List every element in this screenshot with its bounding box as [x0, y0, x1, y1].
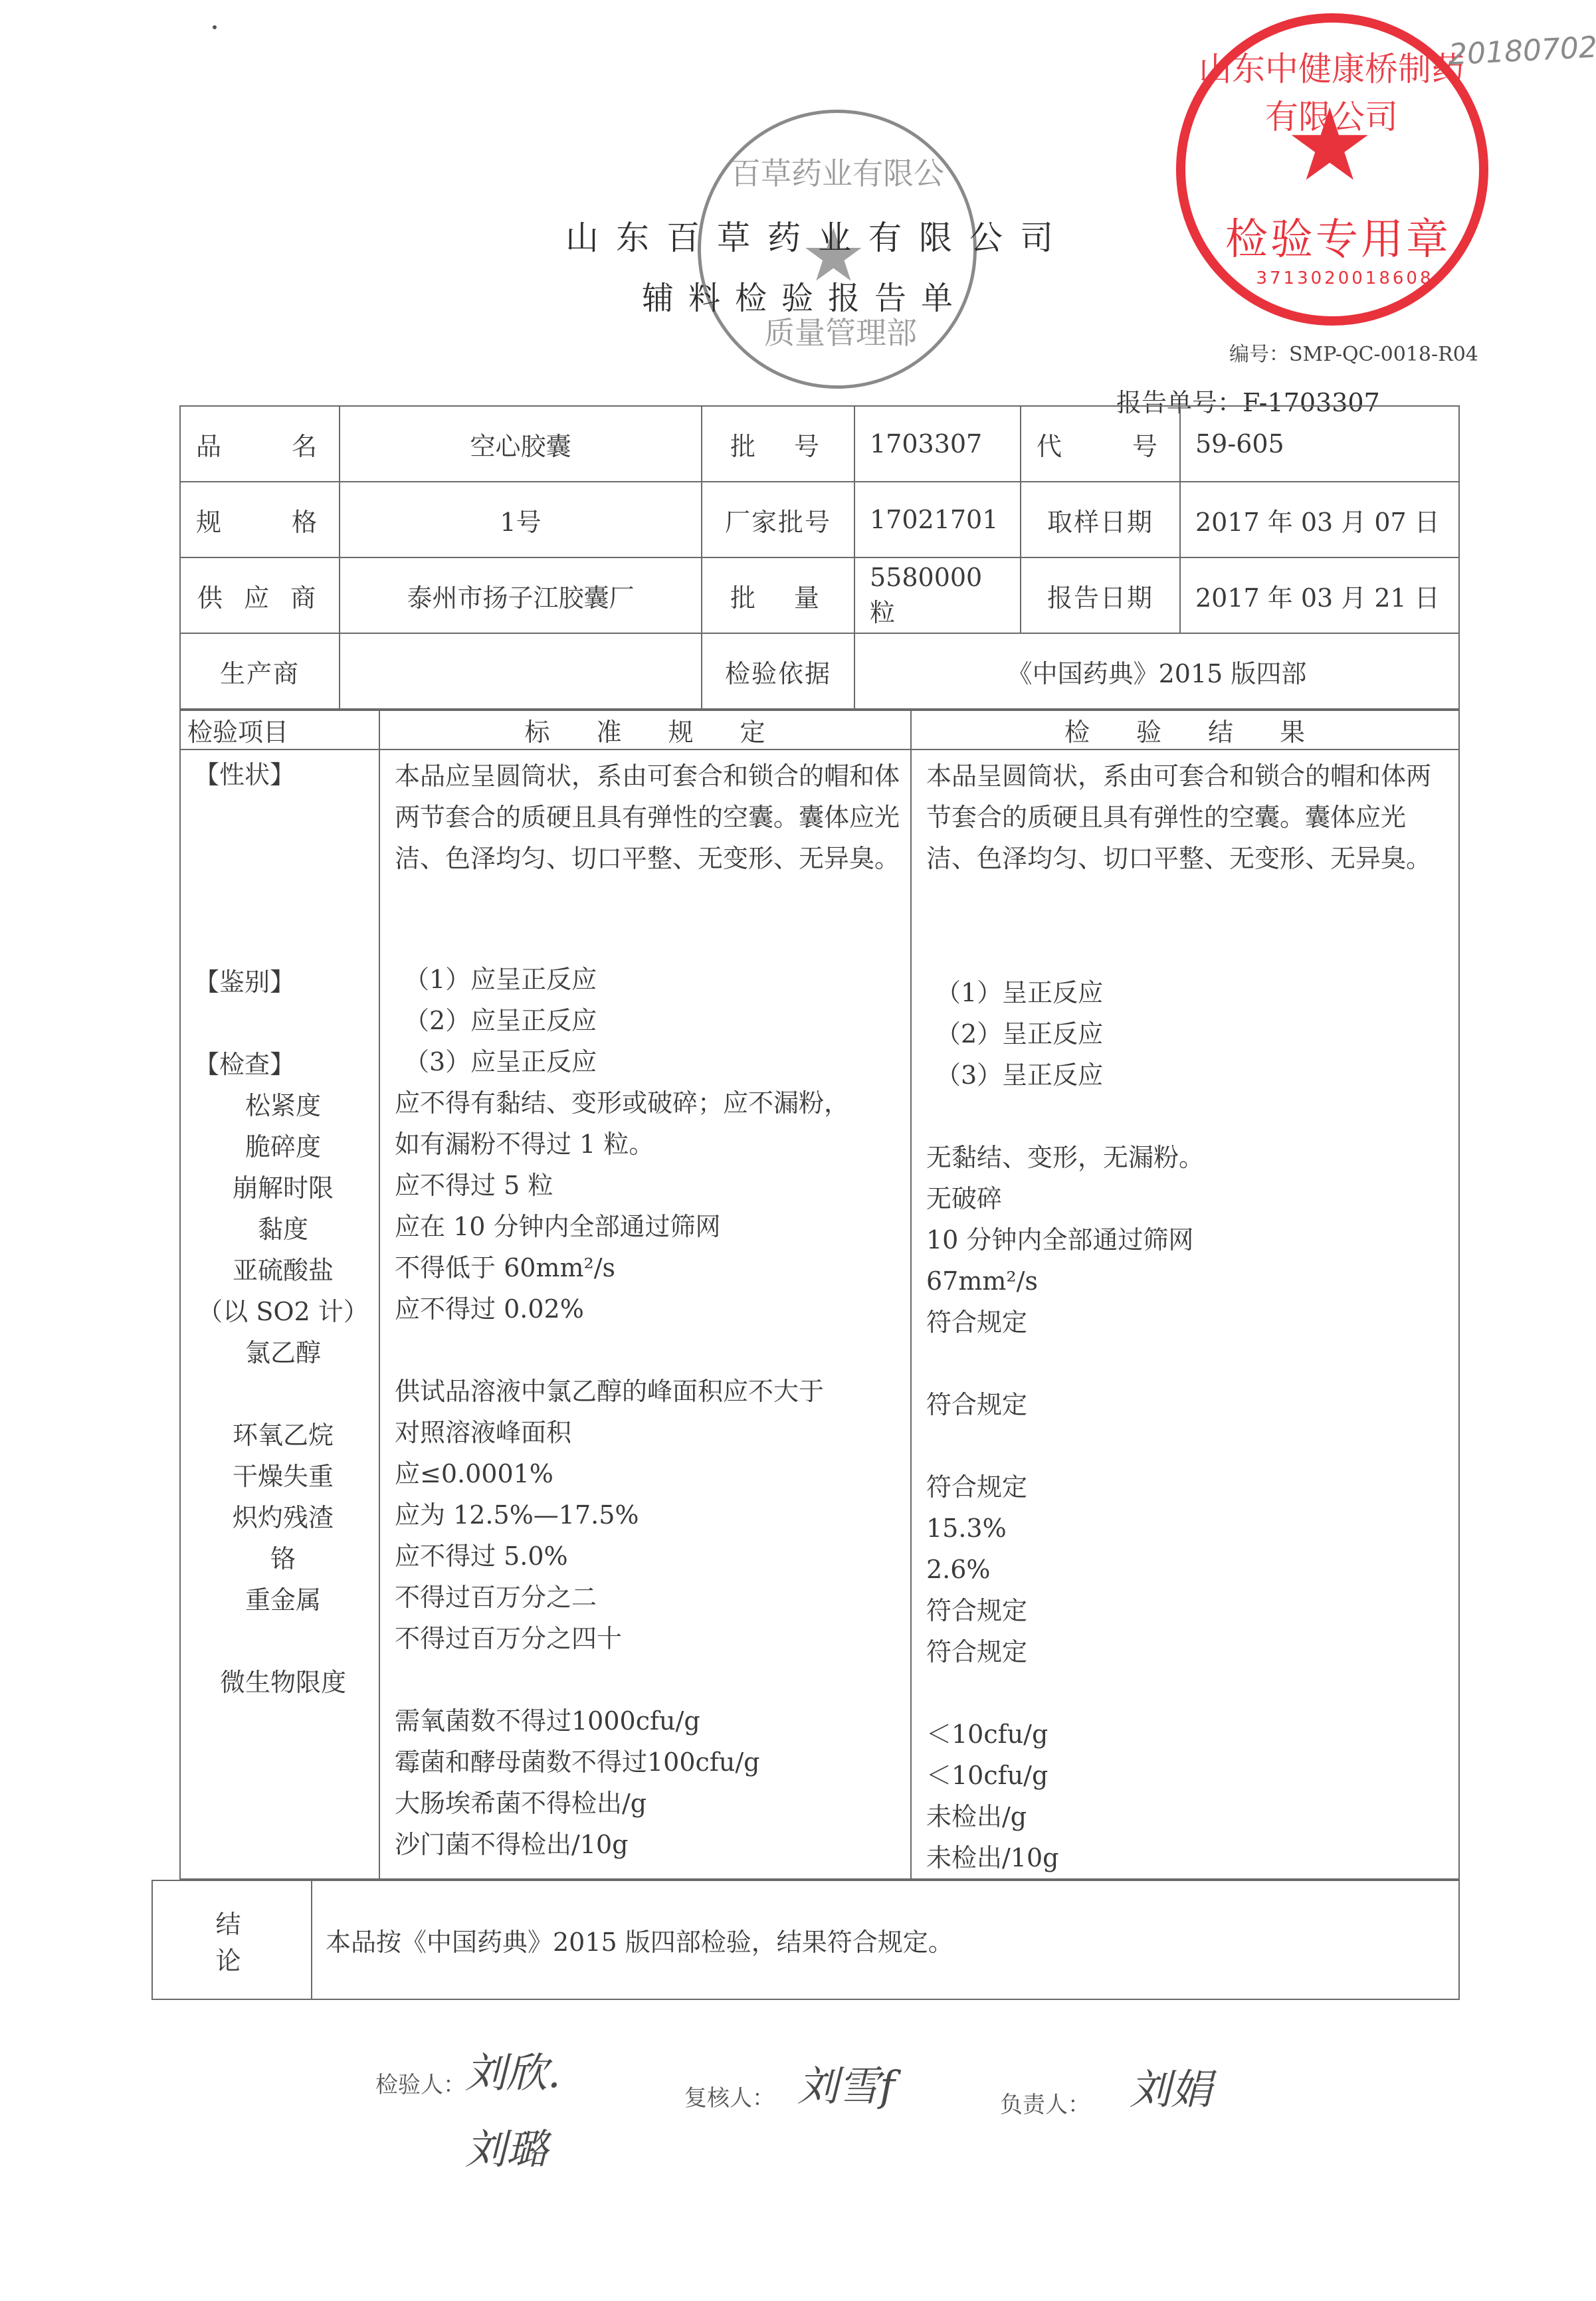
- check-item: 氯乙醇: [194, 1332, 372, 1373]
- microbial-result: 未检出/g: [926, 1796, 1448, 1837]
- check-standard: 应不得过 5 粒: [395, 1165, 900, 1206]
- microbial-result: ＜10cfu/g: [926, 1714, 1448, 1755]
- info-row-spec: 规 格 1号 厂家批号 17021701 取样日期 2017 年 03 月 07…: [180, 482, 1459, 557]
- appearance-result: 本品呈圆筒状，系由可套合和锁合的帽和体两节套合的质硬且具有弹性的空囊。囊体应光洁…: [926, 755, 1448, 922]
- responsible-signature: 刘娟: [1130, 2056, 1212, 2116]
- product-name-value: 空心胶囊: [340, 406, 702, 482]
- check-item: 炽灼残渣: [194, 1497, 372, 1538]
- conclusion-text: 本品按《中国药典》2015 版四部检验，结果符合规定。: [312, 1880, 1459, 1999]
- scan-speck: [213, 25, 217, 29]
- basis-label: 检验依据: [702, 633, 854, 709]
- check-result: 符合规定: [926, 1384, 1448, 1425]
- sampling-date-label: 取样日期: [1021, 482, 1180, 557]
- check-item: 亚硫酸盐: [194, 1250, 372, 1291]
- spec-value: 1号: [340, 482, 702, 557]
- check-standard: 应为 12.5%—17.5%: [395, 1494, 900, 1536]
- producer-label: 生产商: [180, 633, 340, 709]
- supplier-label: 供 应 商: [180, 557, 340, 633]
- gray-stamp-arc-text: 百草药业有限公: [728, 150, 947, 193]
- product-name-label: 品 名: [180, 406, 340, 482]
- identification-label: 【鉴别】: [194, 961, 372, 1003]
- info-row-producer: 生产商 检验依据 《中国药典》2015 版四部: [180, 633, 1459, 709]
- appearance-label: 【性状】: [194, 754, 372, 795]
- identification-result: （1）呈正反应: [926, 972, 1448, 1013]
- report-date-label: 报告日期: [1021, 557, 1180, 633]
- info-row-product: 品 名 空心胶囊 批 号 1703307 代 号 59-605: [180, 406, 1459, 482]
- quantity-label: 批 量: [702, 557, 854, 633]
- microbial-standard: 霉菌和酵母菌数不得过100cfu/g: [395, 1742, 900, 1783]
- batch-label: 批 号: [702, 406, 854, 482]
- check-item: 松紧度: [194, 1085, 372, 1126]
- check-result: 无破碎: [926, 1178, 1448, 1219]
- conclusion-row: 结论 本品按《中国药典》2015 版四部检验，结果符合规定。: [152, 1880, 1459, 1999]
- microbial-result: ＜10cfu/g: [926, 1755, 1448, 1796]
- col-result-header: 检验结果: [911, 710, 1459, 750]
- microbial-standard: 大肠埃希菌不得检出/g: [395, 1783, 900, 1824]
- appearance-standard: 本品应呈圆筒状，系由可套合和锁合的帽和体两节套合的质硬且具有弹性的空囊。囊体应光…: [395, 755, 900, 922]
- mfr-batch-label: 厂家批号: [702, 482, 854, 557]
- check-item: 铬: [194, 1538, 372, 1579]
- check-result: 符合规定: [926, 1302, 1448, 1343]
- responsible-label: 负责人：: [1000, 2086, 1090, 2119]
- producer-value: [340, 633, 702, 709]
- check-standard: 应≤0.0001%: [395, 1453, 900, 1494]
- microbial-item: 微生物限度: [194, 1662, 372, 1703]
- check-standard: 不得过百万分之四十: [395, 1618, 900, 1659]
- mfr-batch-value: 17021701: [854, 482, 1021, 557]
- check-result: 符合规定: [926, 1590, 1448, 1631]
- inspection-items-table: 检验项目 标准规定 检验结果 【性状】 【鉴别】 【检查】 松紧度 脆碎度 崩解…: [179, 710, 1460, 1880]
- quantity-value: 5580000 粒: [854, 557, 1021, 633]
- check-standard: 供试品溶液中氯乙醇的峰面积应不大于: [395, 1371, 900, 1412]
- standard-column: 本品应呈圆筒状，系由可套合和锁合的帽和体两节套合的质硬且具有弹性的空囊。囊体应光…: [379, 750, 911, 1879]
- form-code: 编号：SMP-QC-0018-R04: [1229, 338, 1478, 367]
- report-date-value: 2017 年 03 月 21 日: [1180, 557, 1459, 633]
- report-title: 辅料检验报告单: [0, 272, 1596, 318]
- col-standard-header: 标准规定: [379, 710, 911, 750]
- code-value: 59-605: [1180, 406, 1459, 482]
- reviewer-label: 复核人：: [684, 2080, 775, 2112]
- microbial-standard: 需氧菌数不得过1000cfu/g: [395, 1700, 900, 1742]
- conclusion-table: 结论 本品按《中国药典》2015 版四部检验，结果符合规定。: [151, 1880, 1460, 2000]
- identification-result: （3）呈正反应: [926, 1054, 1448, 1096]
- batch-value: 1703307: [854, 406, 1021, 482]
- items-body-row: 【性状】 【鉴别】 【检查】 松紧度 脆碎度 崩解时限 黏度 亚硫酸盐 （以 S…: [180, 750, 1459, 1879]
- company-title: 山东百草药业有限公司: [0, 211, 1596, 259]
- handwritten-id: 2018070206: [1448, 29, 1596, 72]
- check-standard: 应在 10 分钟内全部通过筛网: [395, 1206, 900, 1247]
- check-result: 2.6%: [926, 1549, 1448, 1590]
- check-result: 符合规定: [926, 1631, 1448, 1672]
- check-standard: 应不得有黏结、变形或破碎；应不漏粉，: [395, 1082, 900, 1124]
- identification-standard: （2）应呈正反应: [395, 1000, 900, 1041]
- inspector-signature: 刘欣.: [465, 2040, 561, 2099]
- check-standard: 如有漏粉不得过 1 粒。: [395, 1124, 900, 1165]
- check-standard: 应不得过 5.0%: [395, 1536, 900, 1577]
- check-item: 崩解时限: [194, 1167, 372, 1209]
- items-header-row: 检验项目 标准规定 检验结果: [180, 710, 1459, 750]
- inspector-label: 检验人：: [375, 2066, 466, 2099]
- check-standard: 不得过百万分之二: [395, 1577, 900, 1618]
- info-table: 品 名 空心胶囊 批 号 1703307 代 号 59-605 规 格 1号 厂…: [179, 405, 1460, 710]
- check-standard: 不得低于 60mm²/s: [395, 1247, 900, 1288]
- result-column: 本品呈圆筒状，系由可套合和锁合的帽和体两节套合的质硬且具有弹性的空囊。囊体应光洁…: [911, 750, 1459, 1879]
- check-standard: 应不得过 0.02%: [395, 1288, 900, 1330]
- info-row-supplier: 供 应 商 泰州市扬子江胶囊厂 批 量 5580000 粒 报告日期 2017 …: [180, 557, 1459, 633]
- check-item: 重金属: [194, 1579, 372, 1621]
- col-item-header: 检验项目: [180, 710, 379, 750]
- check-result: 67mm²/s: [926, 1260, 1448, 1302]
- inspector-signature-2: 刘璐: [465, 2116, 548, 2175]
- microbial-standard: 沙门菌不得检出/10g: [395, 1824, 900, 1865]
- conclusion-label: 结论: [152, 1880, 312, 1999]
- check-item: 黏度: [194, 1209, 372, 1250]
- check-item: 脆碎度: [194, 1126, 372, 1167]
- basis-value: 《中国药典》2015 版四部: [854, 633, 1459, 709]
- check-result: 15.3%: [926, 1508, 1448, 1549]
- item-column: 【性状】 【鉴别】 【检查】 松紧度 脆碎度 崩解时限 黏度 亚硫酸盐 （以 S…: [180, 750, 379, 1879]
- report-table: 品 名 空心胶囊 批 号 1703307 代 号 59-605 规 格 1号 厂…: [179, 405, 1458, 2000]
- sampling-date-value: 2017 年 03 月 07 日: [1180, 482, 1459, 557]
- check-item: 干燥失重: [194, 1456, 372, 1497]
- check-result: 10 分钟内全部通过筛网: [926, 1219, 1448, 1260]
- check-standard: 对照溶液峰面积: [395, 1412, 900, 1453]
- identification-result: （2）呈正反应: [926, 1013, 1448, 1054]
- check-result: 无黏结、变形，无漏粉。: [926, 1137, 1448, 1178]
- spec-label: 规 格: [180, 482, 340, 557]
- identification-standard: （3）应呈正反应: [395, 1041, 900, 1082]
- reviewer-signature: 刘雪f: [797, 2053, 895, 2112]
- microbial-result: 未检出/10g: [926, 1837, 1448, 1878]
- star-icon: ★: [1285, 96, 1374, 195]
- check-result: 符合规定: [926, 1466, 1448, 1508]
- identification-standard: （1）应呈正反应: [395, 959, 900, 1000]
- inspection-label: 【检查】: [194, 1044, 372, 1085]
- check-item-sub: （以 SO2 计）: [194, 1291, 372, 1332]
- supplier-value: 泰州市扬子江胶囊厂: [340, 557, 702, 633]
- code-label: 代 号: [1021, 406, 1180, 482]
- check-item: 环氧乙烷: [194, 1415, 372, 1456]
